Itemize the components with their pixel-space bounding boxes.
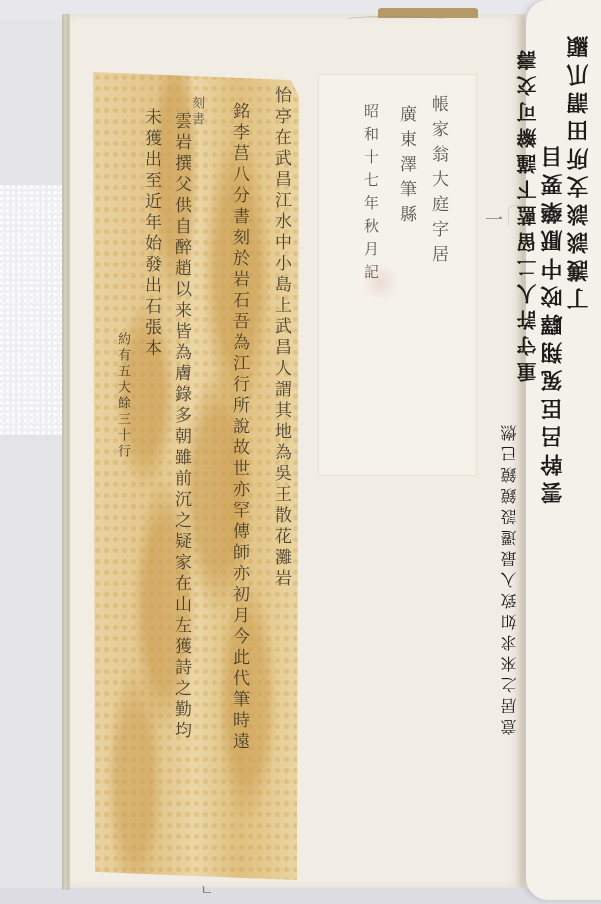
manuscript-column-2: 銘李莒八分書刻於岩石吾為江行所說故世亦罕傳師亦初月今此代筆時遠 <box>230 102 247 753</box>
manuscript-column-3: 雲岩撰父供自醉趙以来皆為膚錄多朝雖前沉之疑家在山左獲詩之勤均 <box>172 112 189 742</box>
table-edge <box>0 888 601 904</box>
note-column-1: 帳家翁大庭字居 <box>429 95 446 270</box>
pencil-bottom-mark: ㄴ <box>200 880 214 900</box>
seal-column-3: 重守許人二留藍下謹辮可交壽 <box>518 44 538 382</box>
note-column-3: 昭和十七年秋月記 <box>363 103 378 287</box>
printed-page-curled: 丁護談談支所田謂爪顯 雲幹呂臣冤翔驛咬中厭藥要目 重守許人二留藍下謹辮可交壽 意… <box>526 0 601 900</box>
manuscript-column-1: 怡亭在武昌江水中小島上武昌人謂其地為吳王散花灘岩 <box>272 86 289 590</box>
pencil-tick-mark: 一 <box>485 206 503 232</box>
seal-column-2: 雲幹呂臣冤翔驛咬中厭藥要目 <box>542 140 564 504</box>
note-column-2: 廣東澤筆縣 <box>397 105 414 230</box>
manuscript-column-5: 約有五大餘三十行 <box>116 332 129 460</box>
pencil-scribble <box>345 16 445 23</box>
seal-column-1: 丁護談談支所田謂爪顯 <box>568 30 590 310</box>
seal-column-4: 意居之來求如致入最遷設鏡鏡已燃 <box>502 420 518 735</box>
foam-padding <box>0 185 68 435</box>
manuscript-slip: 怡亭在武昌江水中小島上武昌人謂其地為吳王散花灘岩 銘李莒八分書刻於岩石吾為江行所… <box>93 72 299 880</box>
faint-seal-stain <box>362 262 400 302</box>
manuscript-column-4: 未獲出至近年始發出石張本 <box>142 108 159 360</box>
manuscript-annotation: 刻書 <box>190 96 203 128</box>
